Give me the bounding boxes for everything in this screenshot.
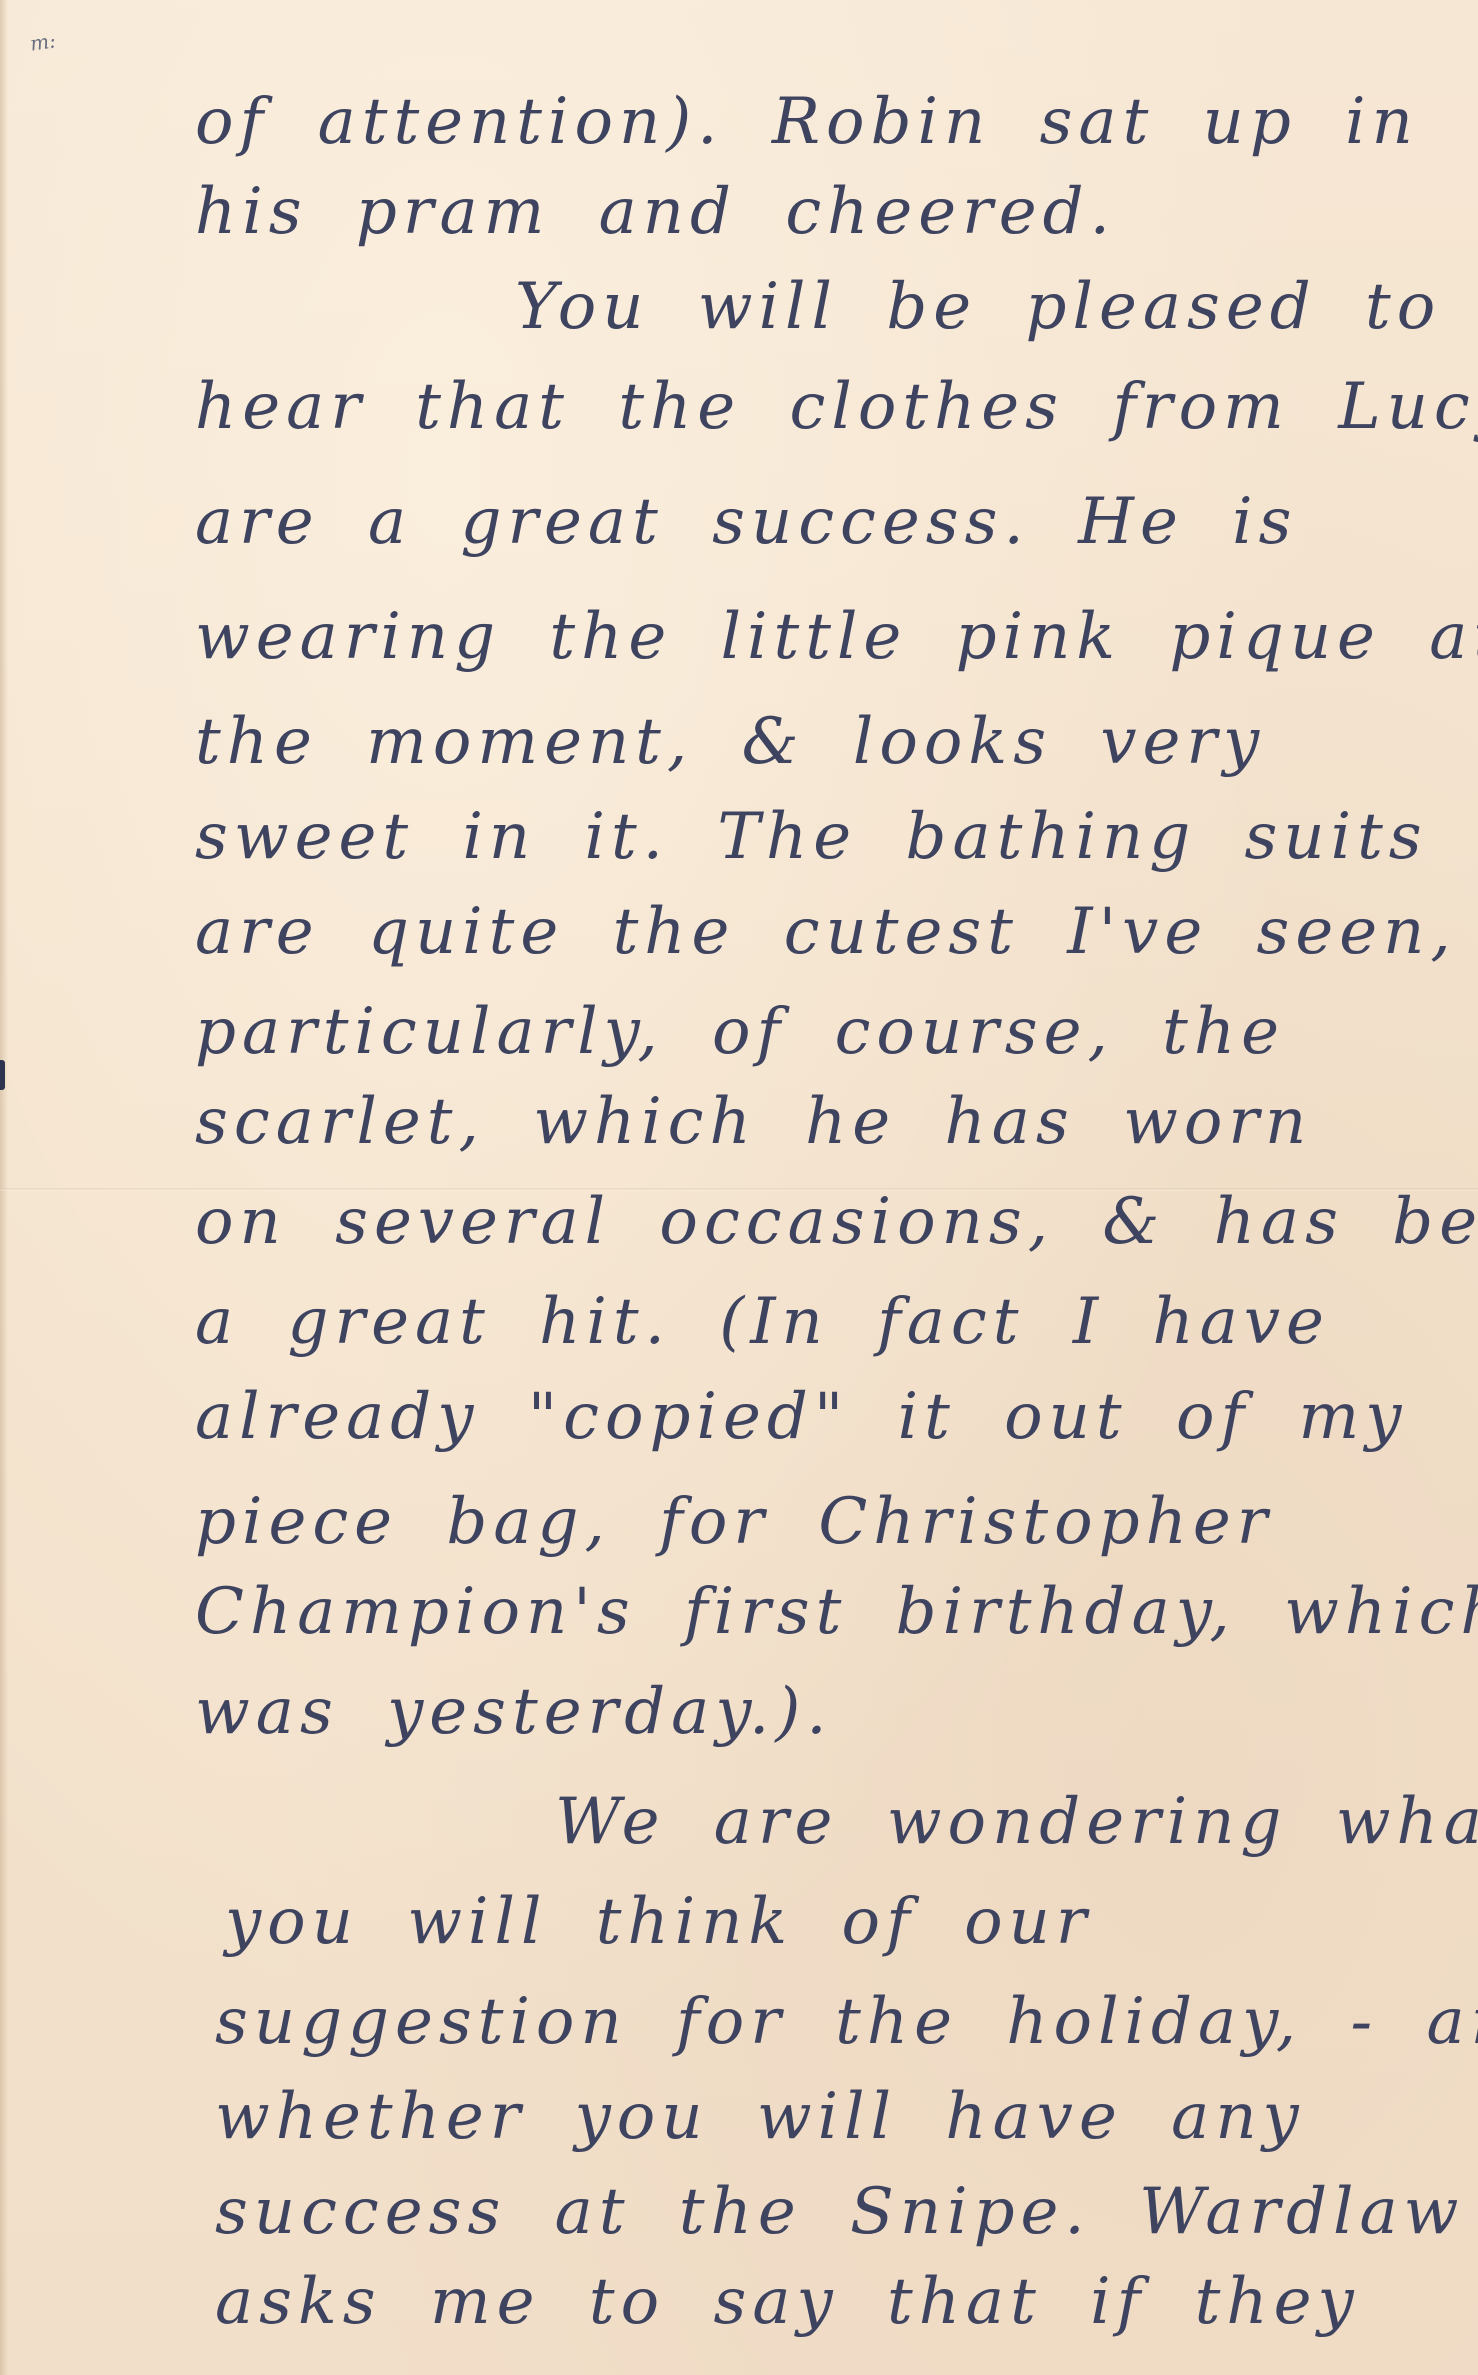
- letter-line: whether you will have any: [215, 2085, 1305, 2149]
- letter-line: piece bag, for Christopher: [195, 1490, 1273, 1554]
- letter-line: the moment, & looks very: [195, 710, 1265, 774]
- letter-line: suggestion for the holiday, - and: [215, 1990, 1478, 2054]
- letter-line: on several occasions, & has been: [195, 1190, 1478, 1254]
- letter-page: m: of attention). Robin sat up inhis pra…: [0, 0, 1478, 2375]
- letter-line: scarlet, which he has worn: [195, 1090, 1312, 1154]
- letter-line: We are wondering what: [555, 1790, 1478, 1854]
- letter-line: you will think of our: [225, 1890, 1092, 1954]
- edge-ink-mark: [0, 1060, 5, 1090]
- letter-line: asks me to say that if they: [215, 2270, 1360, 2334]
- letter-line: particularly, of course, the: [195, 1000, 1285, 1064]
- letter-line: You will be pleased to: [515, 275, 1441, 339]
- letter-line: was yesterday.).: [195, 1680, 833, 1744]
- letter-line: Champion's first birthday, which: [195, 1580, 1478, 1644]
- letter-line: already "copied" it out of my: [195, 1385, 1407, 1449]
- margin-note: m:: [28, 28, 57, 55]
- letter-line: of attention). Robin sat up in: [195, 90, 1419, 154]
- letter-line: success at the Snipe. Wardlaw: [215, 2180, 1464, 2244]
- letter-line: sweet in it. The bathing suits: [195, 805, 1428, 869]
- letter-line: hear that the clothes from Lucy: [195, 375, 1478, 439]
- letter-line: are quite the cutest I've seen,: [195, 900, 1457, 964]
- letter-line: a great hit. (In fact I have: [195, 1290, 1330, 1354]
- letter-line: wearing the little pink pique at: [195, 605, 1478, 669]
- letter-line: his pram and cheered.: [195, 180, 1116, 244]
- letter-line: are a great success. He is: [195, 490, 1297, 554]
